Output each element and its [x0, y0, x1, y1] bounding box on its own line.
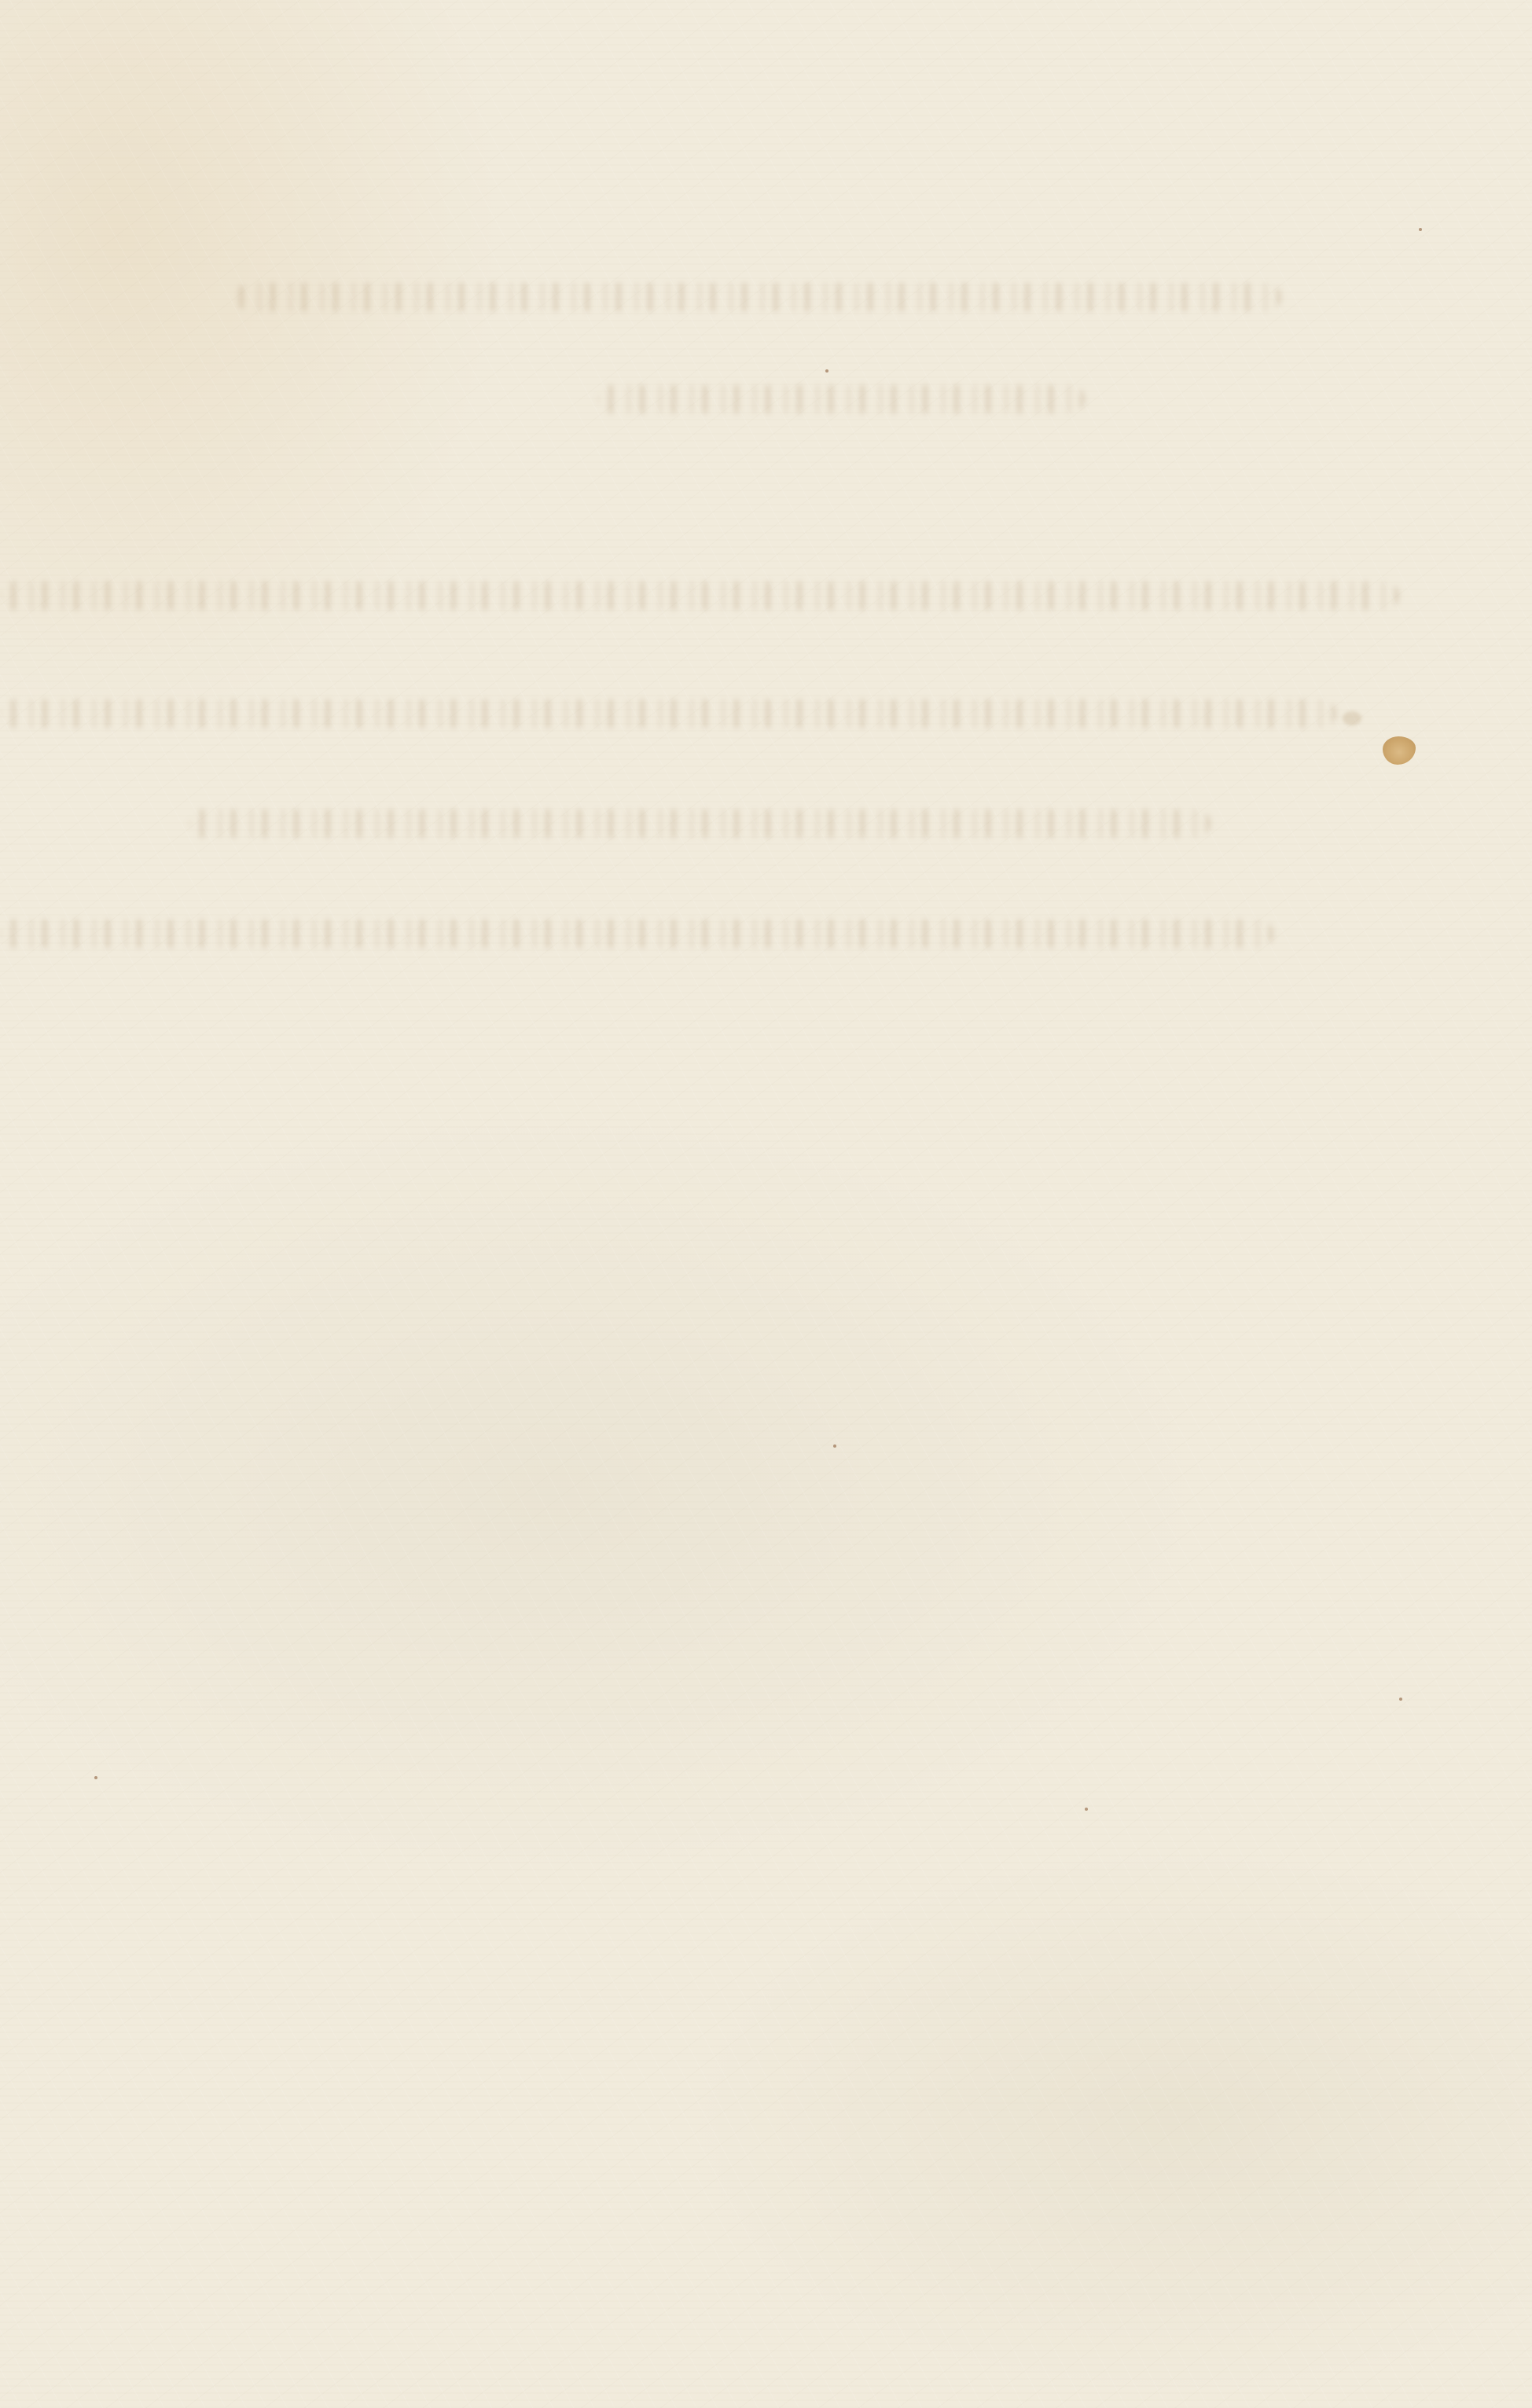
- ghost-ink-stroke: [0, 920, 1273, 948]
- ink-bleed-through-area: [0, 0, 1532, 1022]
- bleed-through-line: [236, 267, 1281, 311]
- ghost-ink-stroke: [0, 582, 1399, 610]
- bleed-through-line: [0, 684, 1336, 728]
- paper-page: [0, 0, 1532, 2408]
- paper-speck: [825, 369, 828, 373]
- paper-speck: [1399, 1698, 1402, 1701]
- faint-stain: [1343, 711, 1361, 725]
- paper-speck: [1419, 228, 1422, 231]
- paper-speck: [833, 1444, 836, 1448]
- bleed-through-line: [189, 794, 1211, 838]
- ghost-ink-stroke: [236, 283, 1281, 311]
- paper-speck: [94, 1776, 97, 1779]
- bleed-through-line: [0, 904, 1273, 948]
- ghost-ink-stroke: [189, 809, 1211, 838]
- bleed-through-line: [597, 369, 1085, 413]
- bleed-through-line: [0, 566, 1399, 610]
- paper-speck: [1085, 1808, 1088, 1811]
- ghost-ink-stroke: [0, 699, 1336, 728]
- ghost-ink-stroke: [597, 385, 1085, 413]
